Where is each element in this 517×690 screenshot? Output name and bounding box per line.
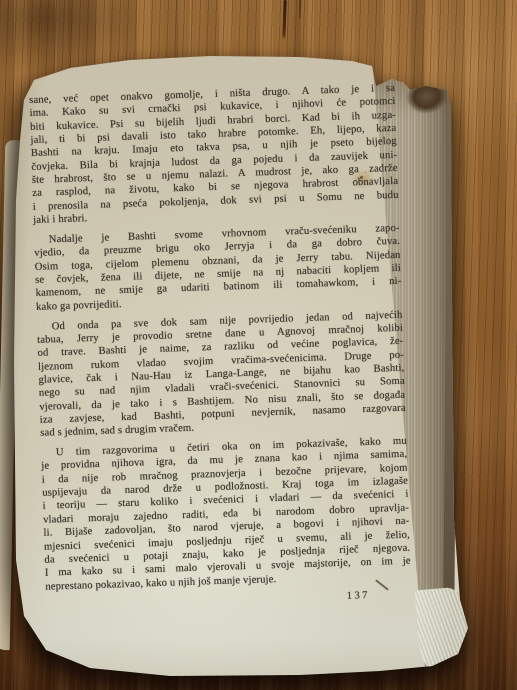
paragraph: Nadalje je Bashti svome vrhovnom vraču-s… [34, 222, 402, 314]
page-number: 137 [347, 588, 412, 603]
book: sane, već opet onakvo gomolje, i ništa d… [0, 0, 517, 690]
text-block: sane, već opet onakvo gomolje, i ništa d… [29, 82, 412, 614]
paragraph: U tim razgovorima u četiri oka on im pok… [41, 435, 412, 594]
paragraph: Od onda pa sve dok sam nije povrijedio j… [37, 308, 407, 440]
book-page: sane, već opet onakvo gomolje, i ništa d… [0, 0, 517, 690]
photo-of-open-book: sane, već opet onakvo gomolje, i ništa d… [0, 0, 517, 690]
paragraph: sane, već opet onakvo gomolje, i ništa d… [29, 82, 399, 227]
